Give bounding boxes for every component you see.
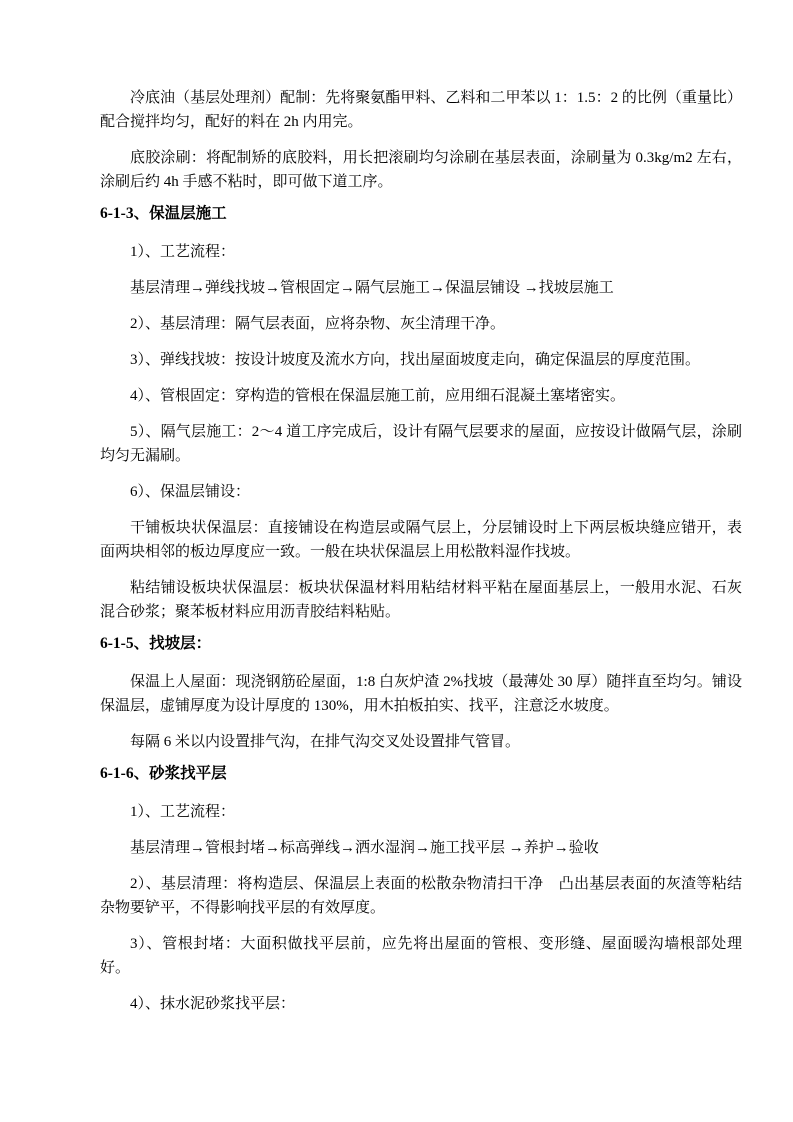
document-body: 冷底油（基层处理剂）配制：先将聚氨酯甲料、乙料和二甲苯以 1：1.5：2 的比例… xyxy=(100,86,742,1028)
process-flow-line: 基层清理→管根封堵→标高弹线→洒水湿润→施工找平层 →养护→验收 xyxy=(100,836,742,860)
paragraph: 3）、管根封堵：大面积做找平层前，应先将出屋面的管根、变形缝、屋面暖沟墙根部处理… xyxy=(100,932,742,980)
paragraph: 2）、基层清理：隔气层表面，应将杂物、灰尘清理干净。 xyxy=(100,312,742,336)
paragraph: 每隔 6 米以内设置排气沟，在排气沟交叉处设置排气管冒。 xyxy=(100,730,742,754)
paragraph: 5）、隔气层施工：2～4 道工序完成后，设计有隔气层要求的屋面，应按设计做隔气层… xyxy=(100,420,742,468)
paragraph: 4）、抹水泥砂浆找平层： xyxy=(100,992,742,1016)
paragraph: 4）、管根固定：穿构造的管根在保温层施工前，应用细石混凝土塞堵密实。 xyxy=(100,384,742,408)
paragraph: 2）、基层清理：将构造层、保温层上表面的松散杂物清扫干净 凸出基层表面的灰渣等粘… xyxy=(100,872,742,920)
paragraph: 底胶涂刷：将配制矫的底胶料，用长把滚刷均匀涂刷在基层表面，涂刷量为 0.3kg/… xyxy=(100,146,742,194)
document-page: 冷底油（基层处理剂）配制：先将聚氨酯甲料、乙料和二甲苯以 1：1.5：2 的比例… xyxy=(0,0,793,1122)
process-flow-line: 基层清理→弹线找坡→管根固定→隔气层施工→保温层铺设 →找坡层施工 xyxy=(100,276,742,300)
section-heading: 6-1-6、砂浆找平层 xyxy=(100,762,742,786)
paragraph: 冷底油（基层处理剂）配制：先将聚氨酯甲料、乙料和二甲苯以 1：1.5：2 的比例… xyxy=(100,86,742,134)
paragraph: 1）、工艺流程： xyxy=(100,240,742,264)
section-heading: 6-1-5、找坡层： xyxy=(100,632,742,656)
paragraph: 保温上人屋面：现浇钢筋砼屋面，1:8 白灰炉渣 2%找坡（最薄处 30 厚）随拌… xyxy=(100,670,742,718)
paragraph: 粘结铺设板块状保温层：板块状保温材料用粘结材料平粘在屋面基层上，一般用水泥、石灰… xyxy=(100,576,742,624)
paragraph: 6）、保温层铺设： xyxy=(100,480,742,504)
paragraph: 3）、弹线找坡：按设计坡度及流水方向，找出屋面坡度走向，确定保温层的厚度范围。 xyxy=(100,348,742,372)
section-heading: 6-1-3、保温层施工 xyxy=(100,202,742,226)
paragraph: 1）、工艺流程： xyxy=(100,800,742,824)
paragraph: 干铺板块状保温层：直接铺设在构造层或隔气层上，分层铺设时上下两层板块缝应错开，表… xyxy=(100,516,742,564)
